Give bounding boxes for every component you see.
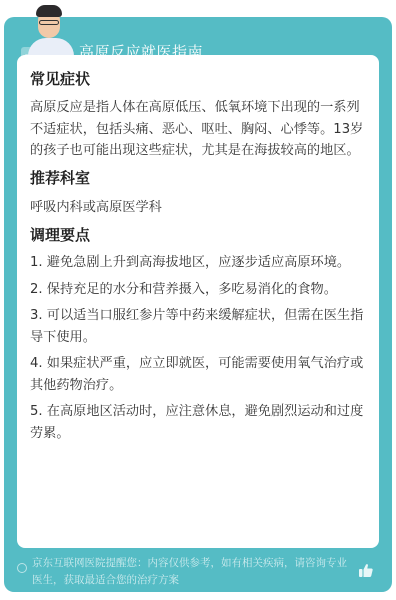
section-symptoms: 常见症状 高原反应是指人体在高原低压、低氧环境下出现的一系列不适症状，包括头痛、… — [30, 67, 366, 162]
list-item: 5. 在高原地区活动时，应注意休息，避免剧烈运动和过度劳累。 — [30, 401, 366, 444]
thumbs-up-icon[interactable] — [358, 562, 374, 578]
content-card: 常见症状 高原反应是指人体在高原低压、低氧环境下出现的一系列不适症状，包括头痛、… — [17, 55, 379, 548]
list-item: 4. 如果症状严重，应立即就医，可能需要使用氧气治疗或其他药物治疗。 — [30, 353, 366, 396]
section-heading: 推荐科室 — [30, 166, 366, 190]
section-body: 高原反应是指人体在高原低压、低氧环境下出现的一系列不适症状，包括头痛、恶心、呕吐… — [30, 97, 366, 162]
section-heading: 常见症状 — [30, 67, 366, 91]
disclaimer: 京东互联网医院提醒您：内容仅供参考，如有相关疾病，请咨询专业医生，获取最适合您的… — [16, 555, 356, 589]
section-care-tips: 调理要点 1. 避免急剧上升到高海拔地区，应逐步适应高原环境。 2. 保持充足的… — [30, 223, 366, 444]
avatar-hair — [36, 5, 62, 17]
info-circle-icon — [17, 563, 27, 573]
list-item: 2. 保持充足的水分和营养摄入，多吃易消化的食物。 — [30, 279, 366, 301]
list-item: 3. 可以适当口服红参片等中药来缓解症状，但需在医生指导下使用。 — [30, 305, 366, 348]
section-body: 呼吸内科或高原医学科 — [30, 197, 366, 219]
avatar-glasses — [39, 20, 59, 25]
section-heading: 调理要点 — [30, 223, 366, 247]
disclaimer-text: 京东互联网医院提醒您：内容仅供参考，如有相关疾病，请咨询专业医生，获取最适合您的… — [32, 557, 347, 586]
section-department: 推荐科室 呼吸内科或高原医学科 — [30, 166, 366, 219]
list-item: 1. 避免急剧上升到高海拔地区，应逐步适应高原环境。 — [30, 252, 366, 274]
doctor-avatar — [28, 2, 74, 56]
